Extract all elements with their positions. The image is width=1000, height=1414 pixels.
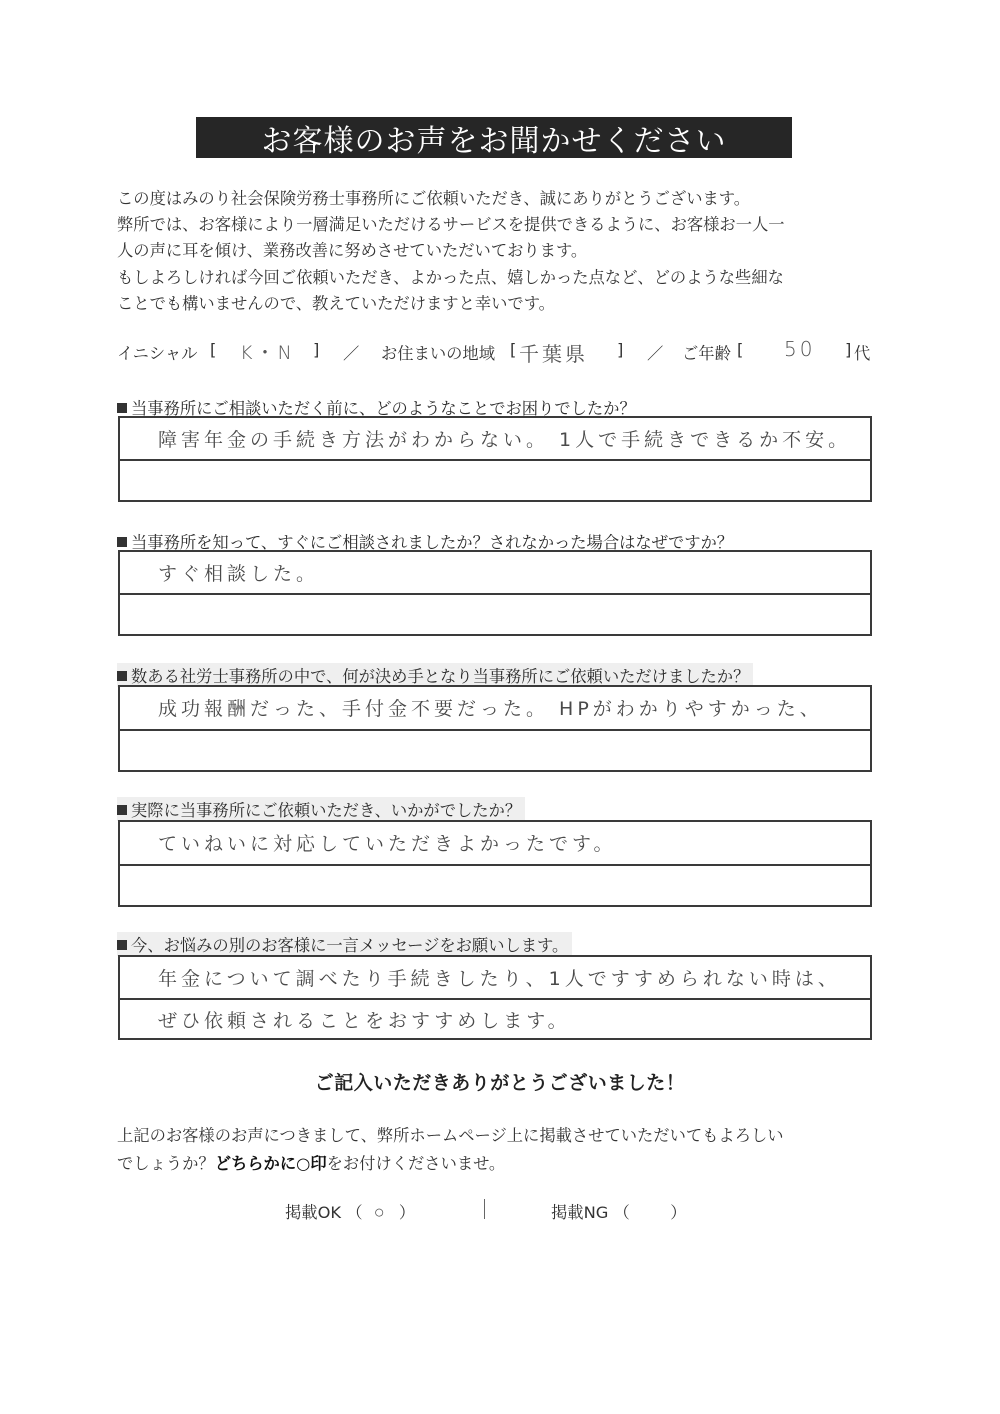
answer-line[interactable] bbox=[120, 864, 870, 908]
option-divider bbox=[484, 1199, 485, 1219]
answer-line[interactable]: ぜひ依頼されることをおすすめします。 bbox=[120, 998, 870, 1041]
bracket-close: ] bbox=[617, 340, 623, 359]
answer-box-4: ていねいに対応していただきよかったです。 bbox=[118, 820, 872, 907]
bullet-square-icon bbox=[117, 671, 127, 681]
answer-box-2: すぐ相談した。 bbox=[118, 550, 872, 636]
answer-line[interactable] bbox=[120, 593, 870, 636]
separator: ／ bbox=[647, 340, 663, 364]
question-4-label: 実際に当事務所にご依頼いただき、いかがでしたか？ bbox=[117, 797, 525, 821]
question-text: 数ある社労士事務所の中で、何が決め手となり当事務所にご依頼いただけましたか？ bbox=[131, 667, 749, 686]
intro-line: もしよろしければ今回ご依頼いただき、よかった点、嬉しかった点など、どのような些細… bbox=[117, 265, 887, 291]
answer-box-5: 年金について調べたり手続きしたり、1人ですすめられない時は、 ぜひ依頼されること… bbox=[118, 955, 872, 1040]
thanks-heading: ご記入いただきありがとうございました！ bbox=[0, 1068, 1000, 1095]
age-suffix: 代 bbox=[854, 340, 870, 364]
question-3-label: 数ある社労士事務所の中で、何が決め手となり当事務所にご依頼いただけましたか？ bbox=[117, 663, 753, 687]
answer-line[interactable]: 障害年金の手続き方法がわからない。 1人で手続きできるか不安。 bbox=[120, 418, 870, 459]
question-text: 実際に当事務所にご依頼いただき、いかがでしたか？ bbox=[131, 801, 521, 820]
consent-line: でしょうか？どちらかに○印をお付けくださいませ。 bbox=[117, 1150, 897, 1178]
region-field[interactable]: 千葉県 bbox=[519, 338, 588, 367]
answer-line[interactable]: 成功報酬だった、手付金不要だった。 HPがわかりやすかった、 bbox=[120, 687, 870, 729]
age-label: ご年齢 bbox=[682, 340, 731, 364]
publish-ok-label: 掲載OK bbox=[285, 1203, 341, 1222]
initial-label: イニシャル bbox=[117, 340, 197, 364]
bracket-close: ] bbox=[313, 340, 319, 359]
bullet-square-icon bbox=[117, 403, 127, 413]
publish-ok-mark[interactable]: ○ bbox=[368, 1202, 394, 1223]
initial-field[interactable]: K・N bbox=[240, 338, 295, 365]
bullet-square-icon bbox=[117, 805, 127, 815]
question-text: 今、お悩みの別のお客様に一言メッセージをお願いします。 bbox=[131, 936, 568, 955]
answer-line[interactable]: ていねいに対応していただきよかったです。 bbox=[120, 822, 870, 864]
bracket-open: [ bbox=[510, 340, 516, 359]
consent-paragraph: 上記のお客様のお声につきまして、弊所ホームページ上に掲載させていただいてもよろし… bbox=[117, 1122, 897, 1178]
answer-line[interactable] bbox=[120, 729, 870, 773]
intro-line: 人の声に耳を傾け、業務改善に努めさせていただいております。 bbox=[117, 238, 887, 264]
age-field[interactable]: 50 bbox=[784, 337, 815, 361]
page-title: お客様のお声をお聞かせください bbox=[196, 117, 792, 158]
bracket-close: ] bbox=[845, 340, 851, 359]
consent-emphasis: どちらかに○印 bbox=[215, 1154, 327, 1173]
question-5-label: 今、お悩みの別のお客様に一言メッセージをお願いします。 bbox=[117, 932, 572, 956]
answer-box-1: 障害年金の手続き方法がわからない。 1人で手続きできるか不安。 bbox=[118, 416, 872, 502]
bullet-square-icon bbox=[117, 940, 127, 950]
answer-line[interactable]: すぐ相談した。 bbox=[120, 552, 870, 593]
publish-ok-option[interactable]: 掲載OK （ ○ ） bbox=[285, 1199, 415, 1223]
answer-line[interactable] bbox=[120, 459, 870, 502]
intro-line: この度はみのり社会保険労務士事務所にご依頼いただき、誠にありがとうございます。 bbox=[117, 186, 887, 212]
separator: ／ bbox=[343, 340, 359, 364]
bullet-square-icon bbox=[117, 537, 127, 547]
bracket-open: [ bbox=[210, 340, 216, 359]
consent-line: 上記のお客様のお声につきまして、弊所ホームページ上に掲載させていただいてもよろし… bbox=[117, 1122, 897, 1150]
bracket-open: [ bbox=[737, 340, 743, 359]
intro-paragraph: この度はみのり社会保険労務士事務所にご依頼いただき、誠にありがとうございます。 … bbox=[117, 186, 887, 317]
publish-ng-option[interactable]: 掲載NG （ ） bbox=[551, 1199, 687, 1223]
region-label: お住まいの地域 bbox=[381, 340, 495, 364]
intro-line: 弊所では、お客様により一層満足いただけるサービスを提供できるように、お客様お一人… bbox=[117, 212, 887, 238]
publish-ng-label: 掲載NG bbox=[551, 1203, 608, 1222]
profile-row: イニシャル [ K・N ] ／ お住まいの地域 [ 千葉県 ] ／ ご年齢 [ … bbox=[117, 340, 887, 366]
answer-box-3: 成功報酬だった、手付金不要だった。 HPがわかりやすかった、 bbox=[118, 685, 872, 772]
answer-line[interactable]: 年金について調べたり手続きしたり、1人ですすめられない時は、 bbox=[120, 957, 870, 998]
intro-line: ことでも構いませんので、教えていただけますと幸いです。 bbox=[117, 291, 887, 317]
